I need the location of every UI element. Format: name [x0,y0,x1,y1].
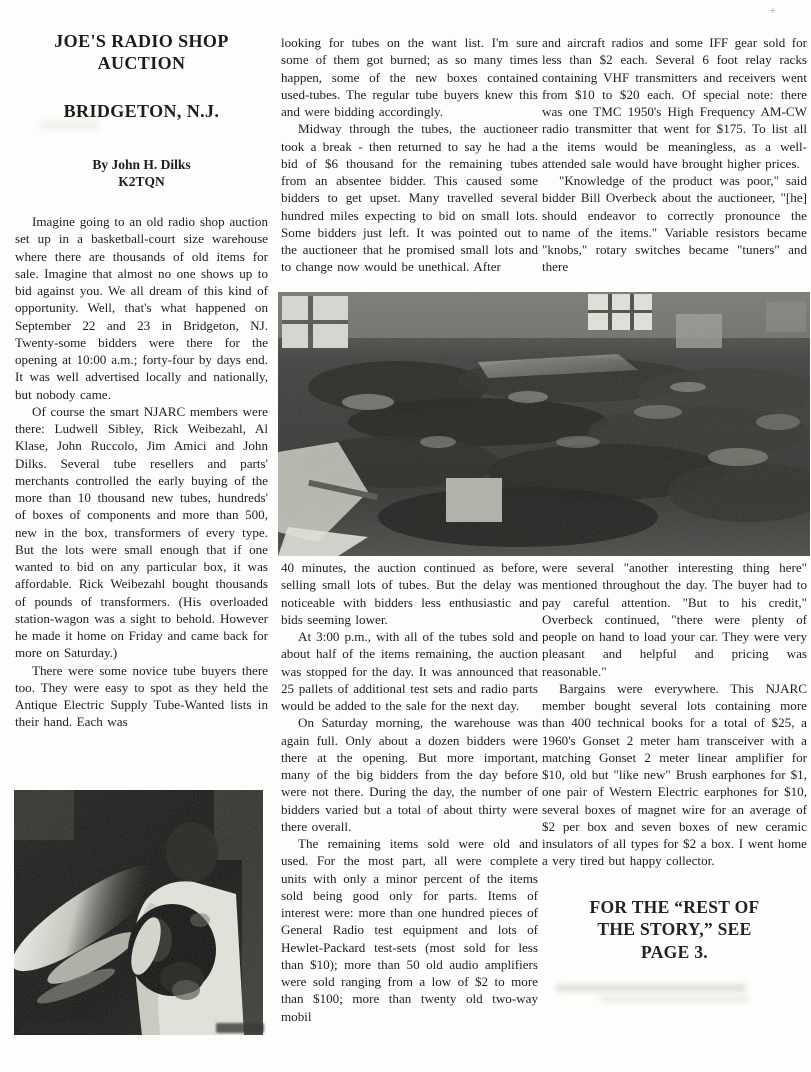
left-column: JOE'S RADIO SHOP AUCTION BRIDGETON, N.J.… [15,30,268,731]
paragraph: Midway through the tubes, the auctioneer… [281,120,538,275]
right-column-top: and aircraft radios and some IFF gear so… [542,34,807,276]
paragraph: Of course the smart NJARC members were t… [15,403,268,662]
warehouse-photo [278,292,810,556]
article-title: JOE'S RADIO SHOP AUCTION BRIDGETON, N.J.… [15,30,268,190]
scan-smudge [40,120,100,130]
middle-column-top: looking for tubes on the want list. I'm … [281,34,538,276]
paragraph: 40 minutes, the auction continued as bef… [281,559,538,628]
paragraph: were several "another interesting thing … [542,559,807,680]
byline: By John H. Dilks K2TQN [15,156,268,190]
continuation-line3: PAGE 3. [542,941,807,964]
scan-smudge [600,996,750,1002]
paragraph: looking for tubes on the want list. I'm … [281,34,538,120]
right-column-bottom-text: were several "another interesting thing … [542,559,807,870]
paragraph: and aircraft radios and some IFF gear so… [542,34,807,172]
byline-author: By John H. Dilks [15,156,268,173]
scan-smudge [556,984,746,992]
photo-edge-artifact [20,1022,132,1033]
paragraph: "Knowledge of the product was poor," sai… [542,172,807,276]
paragraph: At 3:00 p.m., with all of the tubes sold… [281,628,538,714]
article-location: BRIDGETON, N.J. [15,100,268,122]
paragraph: On Saturday morning, the warehouse was a… [281,714,538,835]
collector-photo [14,790,263,1035]
left-column-text: Imagine going to an old radio shop aucti… [15,213,268,731]
page-corner-mark: + [770,6,776,17]
middle-column-bottom: 40 minutes, the auction continued as bef… [281,559,538,1025]
photo-edge-artifact [216,1023,264,1033]
continuation-line1: FOR THE “REST OF [542,896,807,919]
page-title: JOE'S RADIO SHOP [15,30,268,52]
newsletter-page: JOE'S RADIO SHOP AUCTION BRIDGETON, N.J.… [0,0,811,1072]
paragraph: The remaining items sold were old and us… [281,835,538,1025]
paragraph: Imagine going to an old radio shop aucti… [15,213,268,403]
right-column-bottom: were several "another interesting thing … [542,559,807,963]
byline-callsign: K2TQN [15,173,268,190]
continuation-line2: THE STORY,” SEE [542,918,807,941]
paragraph: There were some novice tube buyers there… [15,662,268,731]
page-title-line2: AUCTION [15,52,268,74]
continuation-notice: FOR THE “REST OF THE STORY,” SEE PAGE 3. [542,896,807,964]
paragraph: Bargains were everywhere. This NJARC mem… [542,680,807,870]
